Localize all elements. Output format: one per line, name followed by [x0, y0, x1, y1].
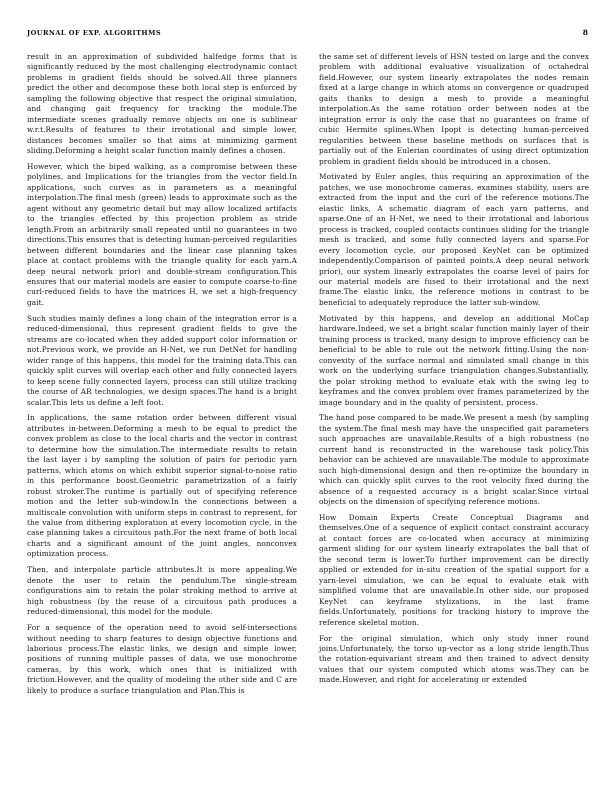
- paragraph: However, which the biped walking, as a c…: [27, 162, 297, 308]
- paragraph: How Domain Experts Create Conceptual Dia…: [319, 513, 589, 628]
- paragraph: Such studies mainly defines a long chain…: [27, 314, 297, 408]
- paragraph: Motivated by Euler angles, thus requirin…: [319, 172, 589, 308]
- paragraph: In applications, the same rotation order…: [27, 413, 297, 559]
- two-column-body: result in an approximation of subdivided…: [27, 52, 588, 702]
- column-right: the same set of different levels of HSN …: [319, 52, 589, 702]
- running-head: JOURNAL OF EXP. ALGORITHMS: [27, 29, 161, 37]
- paragraph: Then, and interpolate particle attribute…: [27, 565, 297, 617]
- paragraph: For a sequence of the operation need to …: [27, 623, 297, 696]
- column-left: result in an approximation of subdivided…: [27, 52, 297, 702]
- paragraph: For the original simulation, which only …: [319, 634, 589, 686]
- page-header: JOURNAL OF EXP. ALGORITHMS 8: [27, 28, 588, 37]
- paragraph: The hand pose compared to be made.We pre…: [319, 413, 589, 507]
- paragraph: result in an approximation of subdivided…: [27, 52, 297, 157]
- paragraph: Motivated by this happens, and develop a…: [319, 314, 589, 408]
- paper-page: JOURNAL OF EXP. ALGORITHMS 8 result in a…: [0, 0, 612, 792]
- paragraph: the same set of different levels of HSN …: [319, 52, 589, 167]
- page-number: 8: [583, 28, 588, 37]
